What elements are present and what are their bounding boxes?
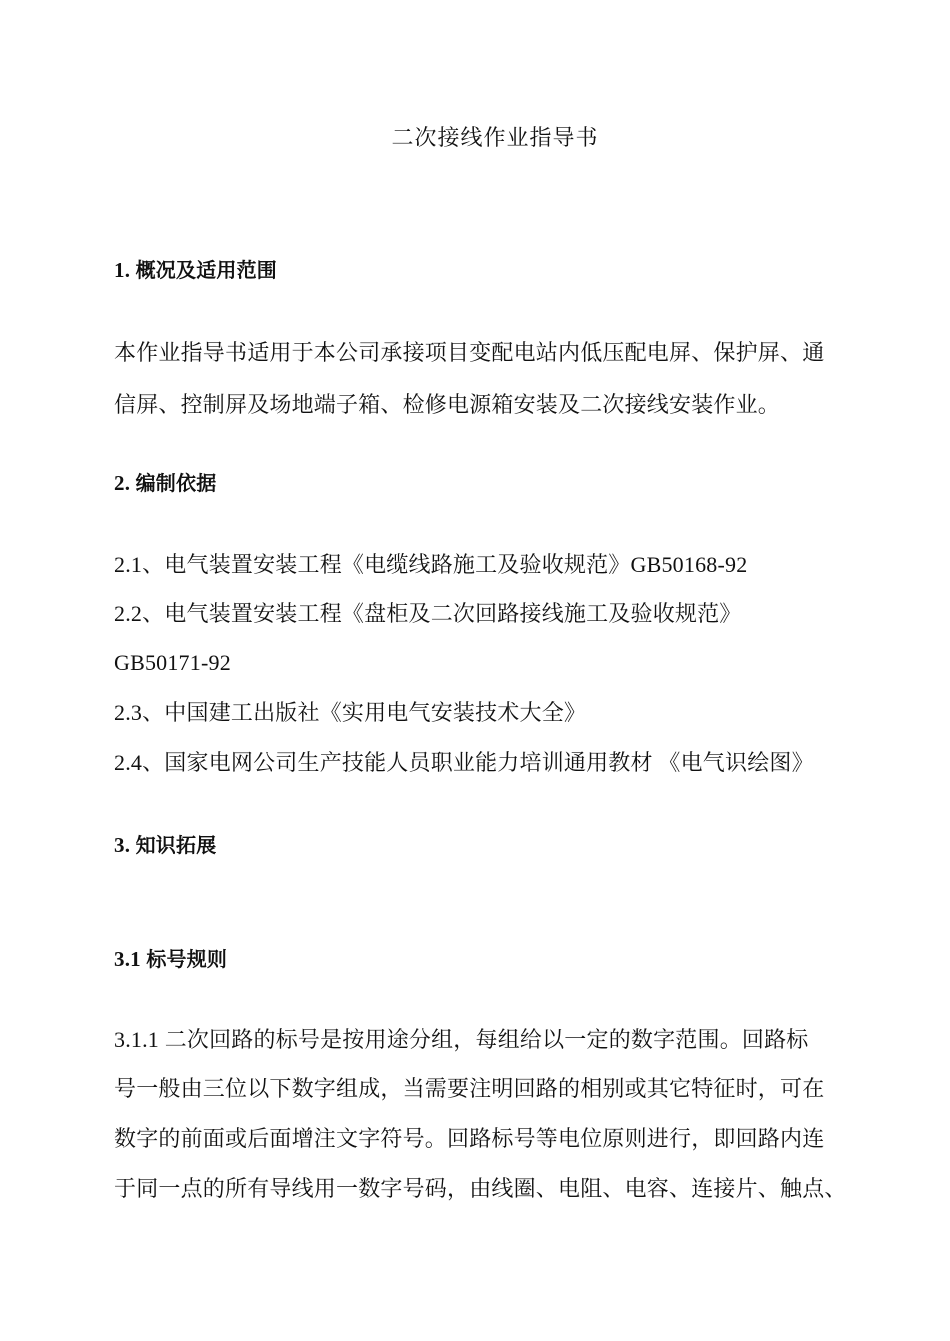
document-title: 二次接线作业指导书 (0, 125, 950, 153)
section-title: 编制依据 (136, 471, 217, 495)
subsection-number: 3.1 (114, 947, 141, 971)
paragraph-line: 于同一点的所有导线用一数字号码，由线圈、电阻、电容、连接片、触点、 (114, 1176, 847, 1202)
section-title: 概况及适用范围 (136, 258, 277, 282)
reference-item: 2.3、中国建工出版社《实用电气安装技术大全》 (114, 700, 586, 726)
paragraph-line: 号一般由三位以下数字组成，当需要注明回路的相别或其它特征时，可在 (114, 1076, 824, 1102)
section-number: 3. (114, 833, 130, 857)
subsection-3-1-heading: 3.1 标号规则 (114, 946, 227, 972)
paragraph-line: 信屏、控制屏及场地端子箱、检修电源箱安装及二次接线安装作业。 (114, 392, 780, 418)
section-number: 1. (114, 258, 130, 282)
section-3-heading: 3. 知识拓展 (114, 832, 216, 858)
paragraph-line: 3.1.1 二次回路的标号是按用途分组，每组给以一定的数字范围。回路标 (114, 1027, 809, 1053)
document-page: 二次接线作业指导书 1. 概况及适用范围 本作业指导书适用于本公司承接项目变配电… (0, 0, 950, 1341)
subsection-title: 标号规则 (146, 947, 227, 971)
reference-item: 2.1、电气装置安装工程《电缆线路施工及验收规范》GB50168-92 (114, 552, 747, 578)
section-1-heading: 1. 概况及适用范围 (114, 257, 277, 283)
paragraph-line: 本作业指导书适用于本公司承接项目变配电站内低压配电屏、保护屏、通 (114, 340, 824, 366)
reference-item: 2.4、国家电网公司生产技能人员职业能力培训通用教材 《电气识绘图》 (114, 750, 814, 776)
paragraph-line: 数字的前面或后面增注文字符号。回路标号等电位原则进行，即回路内连 (114, 1126, 824, 1152)
reference-item: 2.2、电气装置安装工程《盘柜及二次回路接线施工及验收规范》 (114, 601, 742, 627)
section-number: 2. (114, 471, 130, 495)
reference-item-continuation: GB50171-92 (114, 650, 231, 676)
section-2-heading: 2. 编制依据 (114, 470, 216, 496)
section-title: 知识拓展 (136, 833, 217, 857)
